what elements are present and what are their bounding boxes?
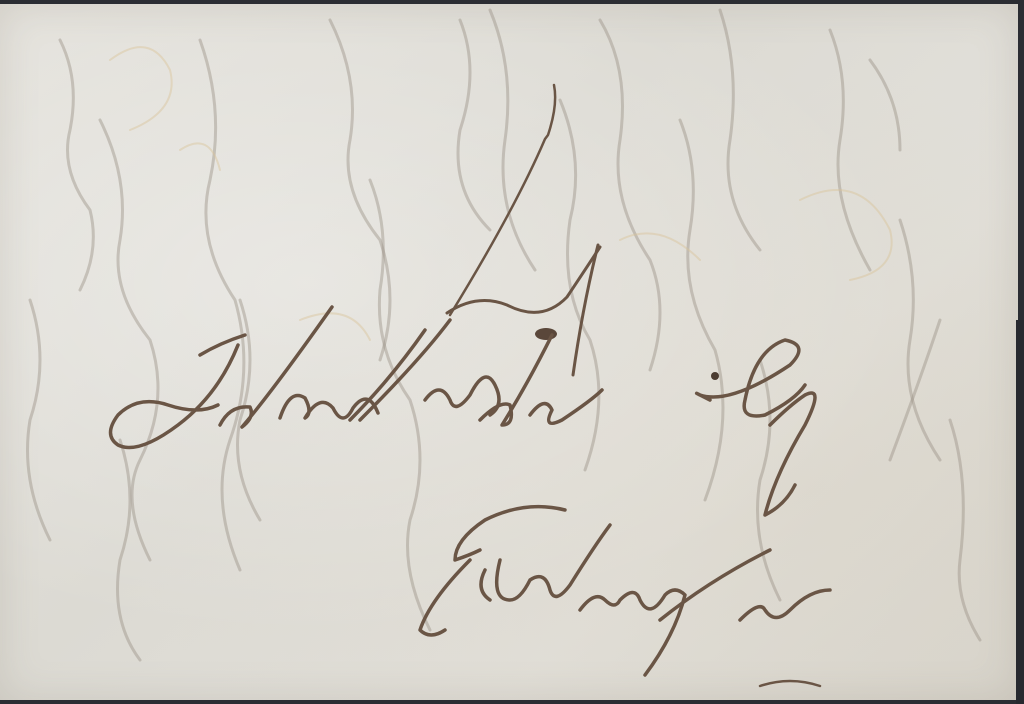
town-handwriting	[420, 507, 830, 686]
handwriting-layer	[0, 0, 1024, 704]
show-through-text	[28, 10, 981, 660]
show-through-faint	[110, 47, 892, 340]
photo-frame: 4 John Maessie Esq Edinburgh	[0, 0, 1024, 704]
rate-mark-4	[447, 85, 719, 380]
